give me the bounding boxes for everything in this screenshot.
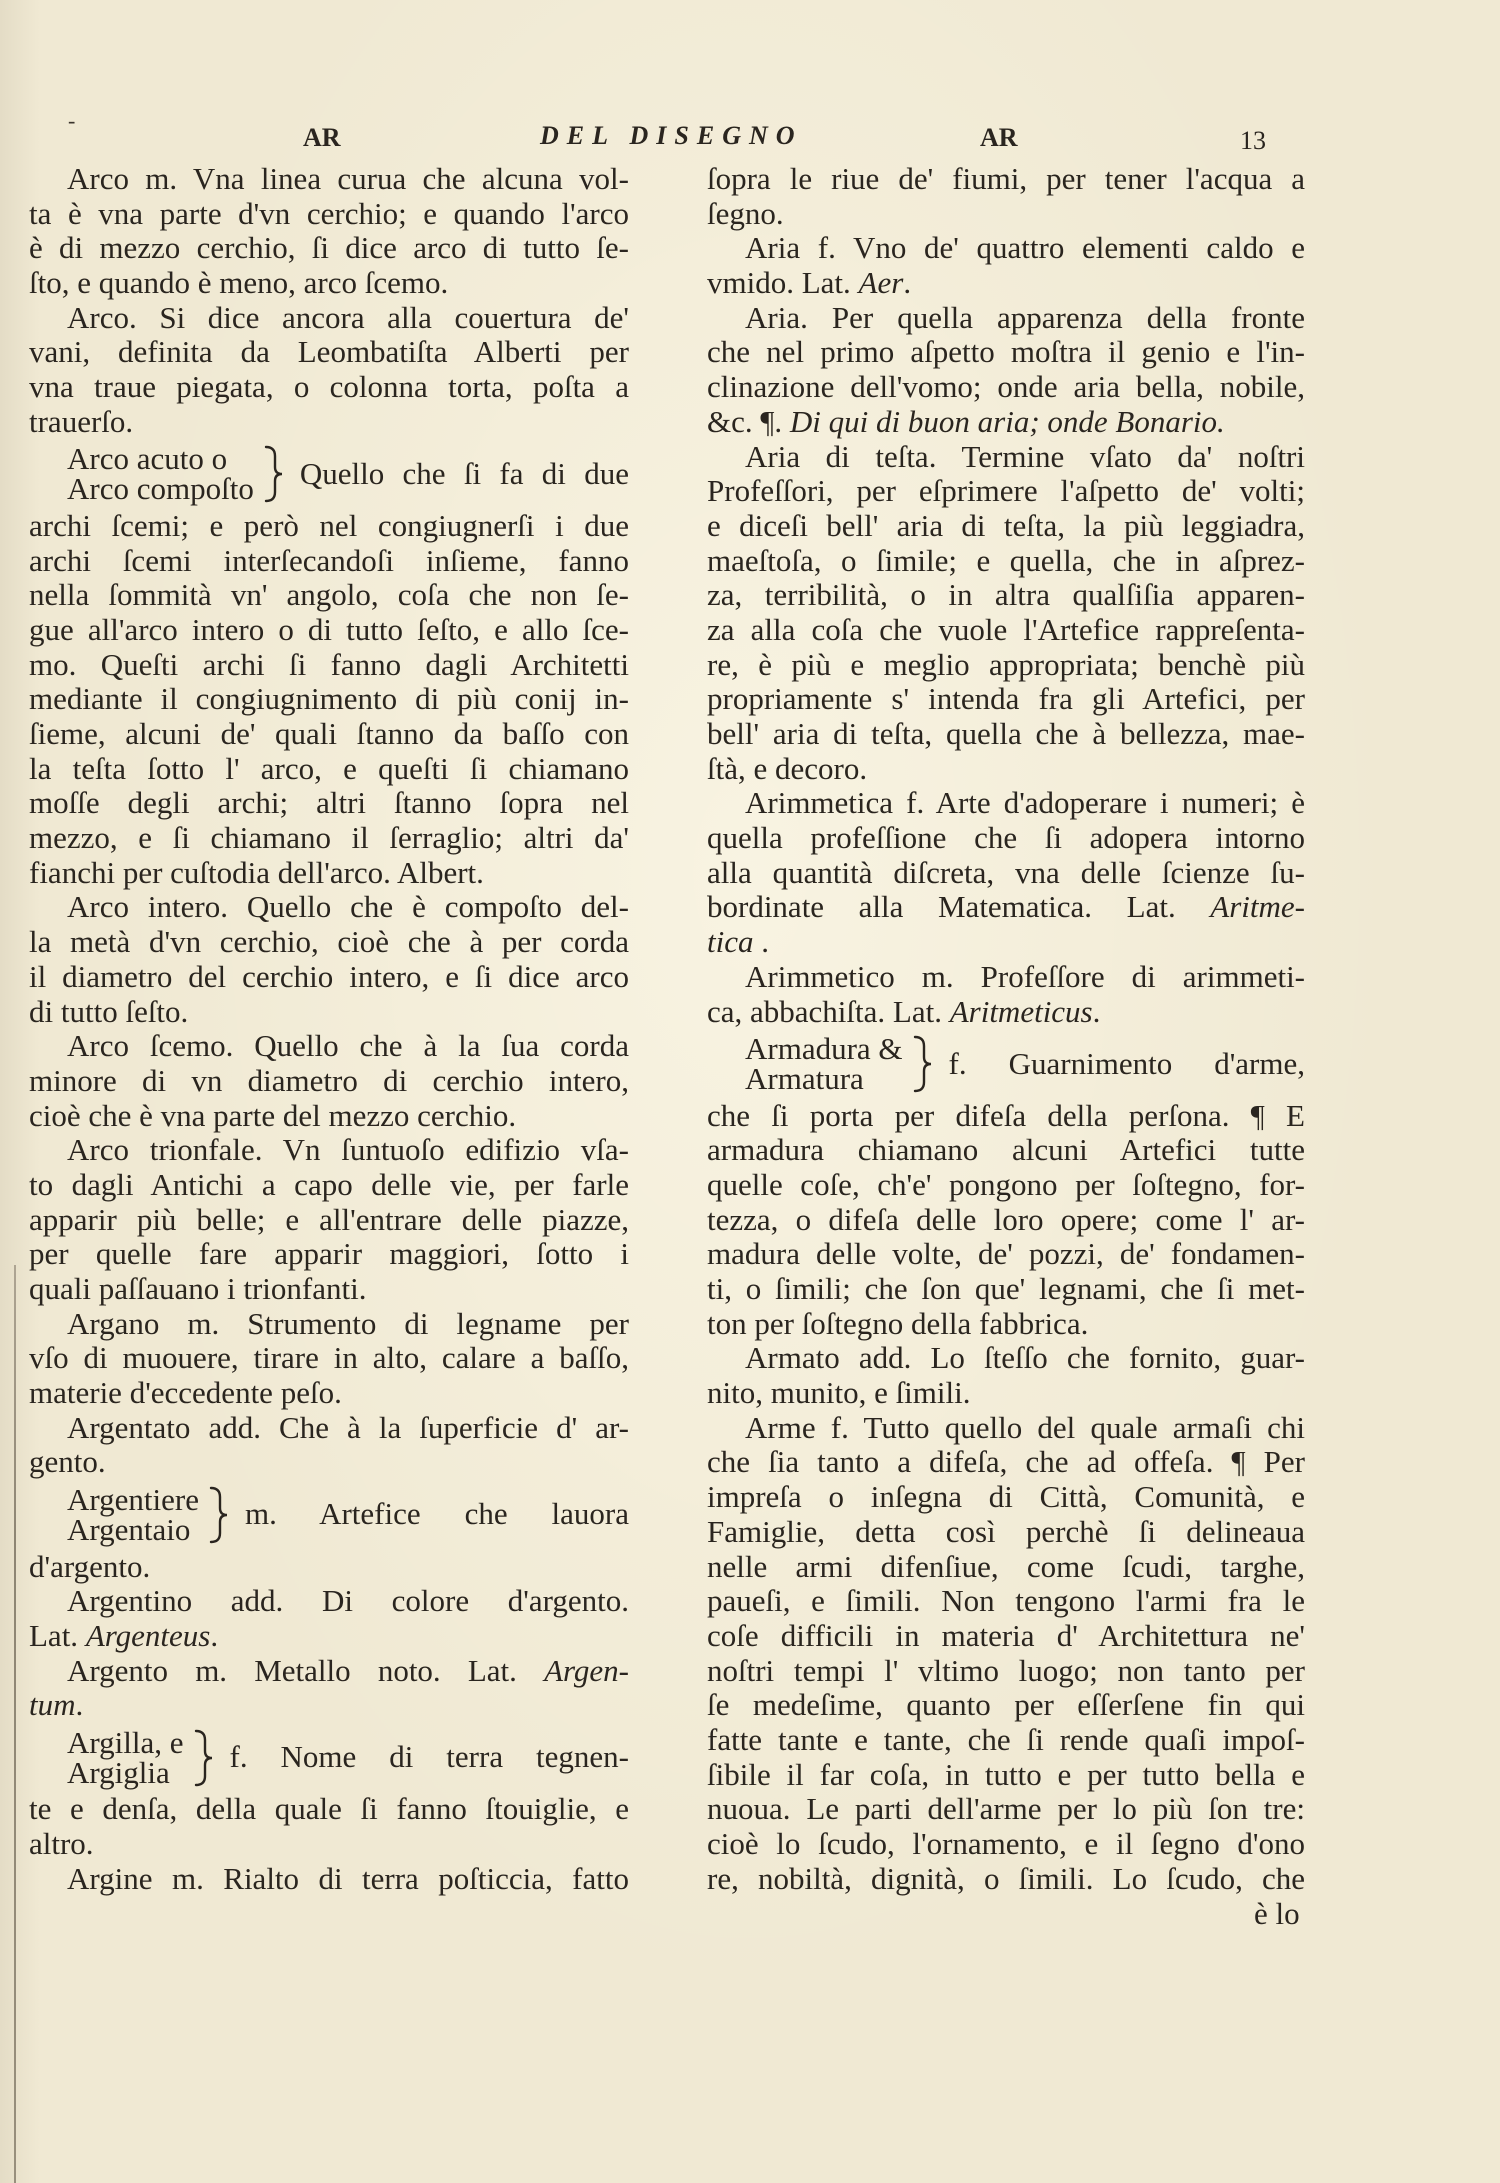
line-text: ſegno. bbox=[707, 197, 784, 231]
entry-headword: Arimmetica f. bbox=[745, 786, 924, 820]
line-text: bordinate alla Matematica. Lat. bbox=[707, 890, 1210, 924]
scanned-book-page: - AR DEL DISEGNO AR 13 Arco m. Vna linea… bbox=[0, 0, 1500, 2183]
text-line: che ſi porta per difeſa della perſona. ¶… bbox=[707, 1099, 1305, 1134]
line-text: tezza, o difeſa delle loro opere; come l… bbox=[707, 1203, 1305, 1237]
line-text: Metallo noto. Lat. bbox=[227, 1654, 544, 1688]
line-text: noſtri tempi l' vltimo luogo; non tanto … bbox=[707, 1654, 1305, 1688]
text-line: di tutto ſeſto. bbox=[29, 995, 629, 1030]
text-line: moſſe degli archi; altri ſtanno ſopra ne… bbox=[29, 786, 629, 821]
line-text: Vn ſuntuoſo edifizio vſa- bbox=[262, 1133, 629, 1167]
line-text: archi ſcemi interſecandoſi inſieme, fann… bbox=[29, 544, 629, 578]
text-line: coſe difficili in materia d' Architettur… bbox=[707, 1619, 1305, 1654]
line-text: Di colore d'argento. bbox=[283, 1584, 629, 1618]
line-text: ſe medeſime, quanto per eſſerſene fin qu… bbox=[707, 1688, 1305, 1722]
line-text: re, nobiltà, dignità, o ſimili. Lo ſcudo… bbox=[707, 1862, 1305, 1896]
text-line: archi ſcemi interſecandoſi inſieme, fann… bbox=[29, 544, 629, 579]
italic-latin-term: tica bbox=[707, 925, 754, 959]
text-line: fianchi per cuſtodia dell'arco. Albert. bbox=[29, 856, 629, 891]
line-text: il diametro del cerchio intero, e ſi dic… bbox=[29, 960, 629, 994]
text-line: alla quantità diſcreta, vna delle ſcienz… bbox=[707, 856, 1305, 891]
text-line: ti, o ſimili; che ſon que' legnami, che … bbox=[707, 1272, 1305, 1307]
line-text: re, è più e meglio appropriata; benchè p… bbox=[707, 648, 1305, 682]
line-text: Profeſſore di arimmeti- bbox=[954, 960, 1305, 994]
line-text: vſo di muouere, tirare in alto, calare a… bbox=[29, 1341, 629, 1375]
text-line: re, è più e meglio appropriata; benchè p… bbox=[707, 648, 1305, 683]
line-text: e diceſi bell' aria di teſta, la più leg… bbox=[707, 509, 1305, 543]
line-text: ſtà, e decoro. bbox=[707, 752, 867, 786]
text-line: che ſia tanto a difeſa, che ad offeſa. ¶… bbox=[707, 1445, 1305, 1480]
line-text: mezzo, e ſi chiamano il ſerraglio; altri… bbox=[29, 821, 629, 855]
entry-headword: Arco. bbox=[67, 301, 137, 335]
entry-headword: Aria. bbox=[745, 301, 808, 335]
line-text: za, terribilità, o in altra qualſiſia ap… bbox=[707, 578, 1305, 612]
entry-headword: Arme f. bbox=[745, 1411, 849, 1445]
text-line: Argentino add. Di colore d'argento. bbox=[29, 1584, 629, 1619]
entry-headword: Argentaio bbox=[67, 1515, 199, 1545]
line-text: to dagli Antichi a capo delle vie, per f… bbox=[29, 1168, 629, 1202]
text-line: Argine m. Rialto di terra poſticcia, fat… bbox=[29, 1862, 629, 1897]
text-line: Aria. Per quella apparenza della fronte bbox=[707, 301, 1305, 336]
italic-latin-term: Argenteus bbox=[86, 1619, 211, 1653]
line-text: . bbox=[210, 1619, 218, 1653]
text-line: maeſtoſa, o ſimile; e quella, che in aſp… bbox=[707, 544, 1305, 579]
line-text: Arte d'adoperare i numeri; è bbox=[924, 786, 1305, 820]
line-text: Famiglie, detta così perchè ſi delineaua bbox=[707, 1515, 1305, 1549]
text-line: apparir più belle; e all'entrare delle p… bbox=[29, 1203, 629, 1238]
line-text: cioè lo ſcudo, l'ornamento, e il ſegno d… bbox=[707, 1827, 1305, 1861]
line-text: fatte tante e tante, che ſi rende quaſi … bbox=[707, 1723, 1305, 1757]
line-text: . bbox=[754, 925, 770, 959]
entry-headword: Arco trionfale. bbox=[67, 1133, 262, 1167]
line-text: . bbox=[1093, 995, 1101, 1029]
line-text: archi ſcemi; e però nel congiugnerſi i d… bbox=[29, 509, 629, 543]
text-line: cioè che è vna parte del mezzo cerchio. bbox=[29, 1099, 629, 1134]
text-line: ſieme, alcuni de' quali ſtanno da baſſo … bbox=[29, 717, 629, 752]
text-line: ſopra le riue de' fiumi, per tener l'acq… bbox=[707, 162, 1305, 197]
entry-headword: Argano m. bbox=[67, 1307, 219, 1341]
text-line: Arme f. Tutto quello del quale armaſi ch… bbox=[707, 1411, 1305, 1446]
text-line: cioè lo ſcudo, l'ornamento, e il ſegno d… bbox=[707, 1827, 1305, 1862]
line-text: gue all'arco intero o di tutto ſeſto, e … bbox=[29, 613, 629, 647]
italic-latin-term: Argen- bbox=[544, 1654, 629, 1688]
text-line: d'argento. bbox=[29, 1550, 629, 1585]
text-line: materie d'eccedente peſo. bbox=[29, 1376, 629, 1411]
line-text: che nel primo aſpetto moſtra il genio e … bbox=[707, 335, 1305, 369]
text-line: vani, definita da Leombatiſta Alberti pe… bbox=[29, 335, 629, 370]
line-text: la metà d'vn cerchio, cioè che à per cor… bbox=[29, 925, 629, 959]
text-line: fatte tante e tante, che ſi rende quaſi … bbox=[707, 1723, 1305, 1758]
line-text: trauerſo. bbox=[29, 405, 133, 439]
line-text: propriamente s' intenda fra gli Artefici… bbox=[707, 682, 1305, 716]
line-text: moſſe degli archi; altri ſtanno ſopra ne… bbox=[29, 786, 629, 820]
line-text: altro. bbox=[29, 1827, 94, 1861]
line-text: nella ſommità vn' angolo, coſa che non ſ… bbox=[29, 578, 629, 612]
line-text: Lat. bbox=[29, 1619, 86, 1653]
curly-brace-icon bbox=[194, 1729, 214, 1787]
entry-headword: Armato add. bbox=[745, 1341, 911, 1375]
text-line: archi ſcemi; e però nel congiugnerſi i d… bbox=[29, 509, 629, 544]
running-head-title: DEL DISEGNO bbox=[540, 123, 803, 149]
italic-latin-term: Aritme- bbox=[1210, 890, 1305, 924]
line-text: nuoua. Le parti dell'arme per lo più ſon… bbox=[707, 1792, 1305, 1826]
text-line: paueſi, e ſimili. Non tengono l'armi fra… bbox=[707, 1584, 1305, 1619]
entry-headword: Armadura & bbox=[745, 1034, 903, 1064]
text-line: la metà d'vn cerchio, cioè che à per cor… bbox=[29, 925, 629, 960]
text-line: tezza, o difeſa delle loro opere; come l… bbox=[707, 1203, 1305, 1238]
bracketed-entry: ArgentiereArgentaiom. Artefice che lauor… bbox=[29, 1480, 629, 1549]
entry-headword: Argento m. bbox=[67, 1654, 227, 1688]
line-text: ſopra le riue de' fiumi, per tener l'acq… bbox=[707, 162, 1305, 196]
line-text: nito, munito, e ſimili. bbox=[707, 1376, 971, 1410]
text-line: noſtri tempi l' vltimo luogo; non tanto … bbox=[707, 1654, 1305, 1689]
line-text: vmido. Lat. bbox=[707, 266, 859, 300]
text-line: che nel primo aſpetto moſtra il genio e … bbox=[707, 335, 1305, 370]
text-line: gento. bbox=[29, 1445, 629, 1480]
entry-headword: Argentato add. bbox=[67, 1411, 261, 1445]
right-text-column: ſopra le riue de' fiumi, per tener l'acq… bbox=[707, 162, 1305, 1896]
line-text: f. Guarnimento d'arme, bbox=[949, 1047, 1305, 1081]
line-text: alla quantità diſcreta, vna delle ſcienz… bbox=[707, 856, 1305, 890]
line-text: ti, o ſimili; che ſon que' legnami, che … bbox=[707, 1272, 1305, 1306]
text-line: clinazione dell'vomo; onde aria bella, n… bbox=[707, 370, 1305, 405]
bracketed-headwords: ArgentiereArgentaio bbox=[67, 1485, 199, 1545]
page-binding-edge bbox=[14, 1265, 16, 2183]
line-text: la teſta ſotto l' arco, e queſti ſi chia… bbox=[29, 752, 629, 786]
curly-brace-icon bbox=[264, 445, 284, 503]
line-text: f. Nome di terra tegnen- bbox=[230, 1740, 629, 1774]
line-text: Rialto di terra poſticcia, fatto bbox=[204, 1862, 629, 1896]
line-text: coſe difficili in materia d' Architettur… bbox=[707, 1619, 1305, 1653]
text-line: e diceſi bell' aria di teſta, la più leg… bbox=[707, 509, 1305, 544]
text-line: Arimmetica f. Arte d'adoperare i numeri;… bbox=[707, 786, 1305, 821]
line-text: fianchi per cuſtodia dell'arco. Albert. bbox=[29, 856, 484, 890]
text-line: altro. bbox=[29, 1827, 629, 1862]
text-line: Argano m. Strumento di legname per bbox=[29, 1307, 629, 1342]
line-text: nelle armi difenſiue, come ſcudi, targhe… bbox=[707, 1550, 1305, 1584]
line-text: minore di vn diametro di cerchio intero, bbox=[29, 1064, 629, 1098]
text-line: bordinate alla Matematica. Lat. Aritme- bbox=[707, 890, 1305, 925]
text-line: la teſta ſotto l' arco, e queſti ſi chia… bbox=[29, 752, 629, 787]
line-text: ta è vna parte d'vn cerchio; e quando l'… bbox=[29, 197, 629, 231]
text-line: tica . bbox=[707, 925, 1305, 960]
line-text: Lo ſteſſo che fornito, guar- bbox=[911, 1341, 1305, 1375]
text-line: f. Nome di terra tegnen- bbox=[230, 1740, 629, 1775]
entry-headword: Argine m. bbox=[67, 1862, 204, 1896]
entry-headword: Arco intero. bbox=[67, 890, 228, 924]
text-line: ſegno. bbox=[707, 197, 1305, 232]
text-line: to dagli Antichi a capo delle vie, per f… bbox=[29, 1168, 629, 1203]
line-text: mo. Queſti archi ſi fanno dagli Architet… bbox=[29, 648, 629, 682]
text-line: ſe medeſime, quanto per eſſerſene fin qu… bbox=[707, 1688, 1305, 1723]
text-line: trauerſo. bbox=[29, 405, 629, 440]
line-text: madura delle volte, de' pozzi, de' fonda… bbox=[707, 1237, 1305, 1271]
text-line: Arco. Si dice ancora alla couertura de' bbox=[29, 301, 629, 336]
bracketed-headwords: Argilla, eArgiglia bbox=[67, 1728, 184, 1788]
text-line: Aria f. Vno de' quattro elementi caldo e bbox=[707, 231, 1305, 266]
text-line: madura delle volte, de' pozzi, de' fonda… bbox=[707, 1237, 1305, 1272]
text-line: Profeſſori, per eſprimere l'aſpetto de' … bbox=[707, 474, 1305, 509]
text-line: &c. ¶. Di qui di buon aria; onde Bonario… bbox=[707, 405, 1305, 440]
text-line: f. Guarnimento d'arme, bbox=[949, 1047, 1305, 1082]
entry-headword: Arimmetico m. bbox=[745, 960, 954, 994]
text-line: nella ſommità vn' angolo, coſa che non ſ… bbox=[29, 578, 629, 613]
text-line: nuoua. Le parti dell'arme per lo più ſon… bbox=[707, 1792, 1305, 1827]
bracketed-entry: Arco acuto oArco compoſtoQuello che ſi f… bbox=[29, 440, 629, 509]
entry-headword: Arco ſcemo. bbox=[67, 1029, 233, 1063]
line-text: quali paſſauano i trionfanti. bbox=[29, 1272, 366, 1306]
text-line: propriamente s' intenda fra gli Artefici… bbox=[707, 682, 1305, 717]
curly-brace-icon bbox=[209, 1486, 229, 1544]
line-text: . bbox=[903, 266, 911, 300]
line-text: che ſia tanto a difeſa, che ad offeſa. ¶… bbox=[707, 1445, 1305, 1479]
running-head-right-letters: AR bbox=[980, 125, 1018, 151]
line-text: Quello che à la ſua corda bbox=[233, 1029, 629, 1063]
text-line: ſtà, e decoro. bbox=[707, 752, 1305, 787]
line-text: maeſtoſa, o ſimile; e quella, che in aſp… bbox=[707, 544, 1305, 578]
line-text: Si dice ancora alla couertura de' bbox=[137, 301, 629, 335]
text-line: ton per ſoſtegno della fabbrica. bbox=[707, 1307, 1305, 1342]
page-number: 13 bbox=[1240, 128, 1266, 154]
bracketed-entry: Argilla, eArgigliaf. Nome di terra tegne… bbox=[29, 1723, 629, 1792]
line-text: mediante il congiugnimento di più conij … bbox=[29, 682, 629, 716]
text-line: za alla coſa che vuole l'Artefice rappre… bbox=[707, 613, 1305, 648]
line-text: quelle coſe, ch'e' pongono per ſoſtegno,… bbox=[707, 1168, 1305, 1202]
text-line: Argento m. Metallo noto. Lat. Argen- bbox=[29, 1654, 629, 1689]
text-line: re, nobiltà, dignità, o ſimili. Lo ſcudo… bbox=[707, 1862, 1305, 1897]
text-line: ſto, e quando è meno, arco ſcemo. bbox=[29, 266, 629, 301]
running-head-mark: - bbox=[68, 108, 75, 134]
curly-brace-icon bbox=[913, 1035, 933, 1093]
entry-headword: Argentiere bbox=[67, 1485, 199, 1515]
entry-headword: Arco compoſto bbox=[67, 474, 254, 504]
text-line: nito, munito, e ſimili. bbox=[707, 1376, 1305, 1411]
line-text: è di mezzo cerchio, ſi dice arco di tutt… bbox=[29, 231, 629, 265]
text-line: mezzo, e ſi chiamano il ſerraglio; altri… bbox=[29, 821, 629, 856]
line-text: Vno de' quattro elementi caldo e bbox=[836, 231, 1305, 265]
text-line: minore di vn diametro di cerchio intero, bbox=[29, 1064, 629, 1099]
line-text: Tutto quello del quale armaſi chi bbox=[849, 1411, 1305, 1445]
line-text: d'argento. bbox=[29, 1550, 150, 1584]
entry-headword: Arco acuto o bbox=[67, 444, 254, 474]
text-line: vſo di muouere, tirare in alto, calare a… bbox=[29, 1341, 629, 1376]
text-line: quelle coſe, ch'e' pongono per ſoſtegno,… bbox=[707, 1168, 1305, 1203]
text-line: Arco m. Vna linea curua che alcuna vol- bbox=[29, 162, 629, 197]
line-text: materie d'eccedente peſo. bbox=[29, 1376, 342, 1410]
line-text: che ſi porta per difeſa della perſona. ¶… bbox=[707, 1099, 1305, 1133]
line-text: ſibile il far coſa, in tutto e per tutto… bbox=[707, 1758, 1305, 1792]
line-text: di tutto ſeſto. bbox=[29, 995, 188, 1029]
italic-latin-term: Di qui di buon aria; onde Bonario. bbox=[790, 405, 1225, 439]
line-text: m. Artefice che lauora bbox=[245, 1497, 629, 1531]
line-text: Strumento di legname per bbox=[219, 1307, 629, 1341]
line-text: vani, definita da Leombatiſta Alberti pe… bbox=[29, 335, 629, 369]
text-line: armadura chiamano alcuni Artefici tutte bbox=[707, 1133, 1305, 1168]
italic-latin-term: Aer bbox=[859, 266, 904, 300]
text-line: Argentato add. Che à la ſuperficie d' ar… bbox=[29, 1411, 629, 1446]
bracketed-entry: Armadura &Armaturaf. Guarnimento d'arme, bbox=[707, 1029, 1305, 1098]
line-text: Quello che ſi fa di due bbox=[300, 457, 629, 491]
bracketed-headwords: Arco acuto oArco compoſto bbox=[67, 444, 254, 504]
text-line: Arimmetico m. Profeſſore di arimmeti- bbox=[707, 960, 1305, 995]
text-line: Famiglie, detta così perchè ſi delineaua bbox=[707, 1515, 1305, 1550]
text-line: m. Artefice che lauora bbox=[245, 1497, 629, 1532]
line-text: ſieme, alcuni de' quali ſtanno da baſſo … bbox=[29, 717, 629, 751]
left-text-column: Arco m. Vna linea curua che alcuna vol-t… bbox=[29, 162, 629, 1896]
text-line: quali paſſauano i trionfanti. bbox=[29, 1272, 629, 1307]
text-line: Arco trionfale. Vn ſuntuoſo edifizio vſa… bbox=[29, 1133, 629, 1168]
line-text: Quello che è compoſto del- bbox=[228, 890, 629, 924]
line-text: ſto, e quando è meno, arco ſcemo. bbox=[29, 266, 448, 300]
entry-headword: Argentino add. bbox=[67, 1584, 283, 1618]
text-line: Arco intero. Quello che è compoſto del- bbox=[29, 890, 629, 925]
text-line: bell' aria di teſta, quella che à bellez… bbox=[707, 717, 1305, 752]
line-text: te e denſa, della quale ſi fanno ſtouigl… bbox=[29, 1792, 629, 1826]
entry-headword: Aria f. bbox=[745, 231, 836, 265]
text-line: per quelle fare apparir maggiori, ſotto … bbox=[29, 1237, 629, 1272]
entry-headword: Arco m. bbox=[67, 162, 177, 196]
line-text: armadura chiamano alcuni Artefici tutte bbox=[707, 1133, 1305, 1167]
line-text: vna traue piegata, o colonna torta, poſt… bbox=[29, 370, 629, 404]
line-text: impreſa o inſegna di Città, Comunità, e bbox=[707, 1480, 1305, 1514]
line-text: za alla coſa che vuole l'Artefice rappre… bbox=[707, 613, 1305, 647]
line-text: Per quella apparenza della fronte bbox=[808, 301, 1305, 335]
running-head-left-letters: AR bbox=[303, 125, 341, 151]
line-text: apparir più belle; e all'entrare delle p… bbox=[29, 1203, 629, 1237]
line-text: cioè che è vna parte del mezzo cerchio. bbox=[29, 1099, 516, 1133]
entry-headword: Argilla, e bbox=[67, 1728, 184, 1758]
text-line: Quello che ſi fa di due bbox=[300, 457, 629, 492]
italic-latin-term: tum bbox=[29, 1688, 76, 1722]
text-line: è di mezzo cerchio, ſi dice arco di tutt… bbox=[29, 231, 629, 266]
text-line: Armato add. Lo ſteſſo che fornito, guar- bbox=[707, 1341, 1305, 1376]
text-line: quella profeſſione che ſi adopera intorn… bbox=[707, 821, 1305, 856]
italic-latin-term: Aritmeticus bbox=[950, 995, 1093, 1029]
line-text: Vna linea curua che alcuna vol- bbox=[177, 162, 629, 196]
catchword: è lo bbox=[1254, 1897, 1300, 1932]
entry-headword: Aria di teſta. bbox=[745, 440, 936, 474]
text-line: vna traue piegata, o colonna torta, poſt… bbox=[29, 370, 629, 405]
text-line: Arco ſcemo. Quello che à la ſua corda bbox=[29, 1029, 629, 1064]
text-line: te e denſa, della quale ſi fanno ſtouigl… bbox=[29, 1792, 629, 1827]
line-text: ton per ſoſtegno della fabbrica. bbox=[707, 1307, 1088, 1341]
line-text: per quelle fare apparir maggiori, ſotto … bbox=[29, 1237, 629, 1271]
text-line: mo. Queſti archi ſi fanno dagli Architet… bbox=[29, 648, 629, 683]
line-text: bell' aria di teſta, quella che à bellez… bbox=[707, 717, 1305, 751]
line-text: &c. ¶. bbox=[707, 405, 790, 439]
entry-headword: Argiglia bbox=[67, 1758, 184, 1788]
text-line: il diametro del cerchio intero, e ſi dic… bbox=[29, 960, 629, 995]
text-line: tum. bbox=[29, 1688, 629, 1723]
line-text: ca, abbachiſta. Lat. bbox=[707, 995, 950, 1029]
line-text: . bbox=[76, 1688, 84, 1722]
text-line: ſibile il far coſa, in tutto e per tutto… bbox=[707, 1758, 1305, 1793]
line-text: quella profeſſione che ſi adopera intorn… bbox=[707, 821, 1305, 855]
line-text: Che à la ſuperficie d' ar- bbox=[261, 1411, 629, 1445]
text-line: mediante il congiugnimento di più conij … bbox=[29, 682, 629, 717]
text-line: nelle armi difenſiue, come ſcudi, targhe… bbox=[707, 1550, 1305, 1585]
text-line: za, terribilità, o in altra qualſiſia ap… bbox=[707, 578, 1305, 613]
text-line: ca, abbachiſta. Lat. Aritmeticus. bbox=[707, 995, 1305, 1030]
text-line: vmido. Lat. Aer. bbox=[707, 266, 1305, 301]
text-line: impreſa o inſegna di Città, Comunità, e bbox=[707, 1480, 1305, 1515]
text-line: Lat. Argenteus. bbox=[29, 1619, 629, 1654]
bracketed-headwords: Armadura &Armatura bbox=[745, 1034, 903, 1094]
text-line: Aria di teſta. Termine vſato da' noſtri bbox=[707, 440, 1305, 475]
text-line: ta è vna parte d'vn cerchio; e quando l'… bbox=[29, 197, 629, 232]
line-text: Termine vſato da' noſtri bbox=[936, 440, 1305, 474]
entry-headword: Armatura bbox=[745, 1064, 903, 1094]
text-line: gue all'arco intero o di tutto ſeſto, e … bbox=[29, 613, 629, 648]
line-text: paueſi, e ſimili. Non tengono l'armi fra… bbox=[707, 1584, 1305, 1618]
line-text: clinazione dell'vomo; onde aria bella, n… bbox=[707, 370, 1305, 404]
line-text: gento. bbox=[29, 1445, 106, 1479]
line-text: Profeſſori, per eſprimere l'aſpetto de' … bbox=[707, 474, 1305, 508]
